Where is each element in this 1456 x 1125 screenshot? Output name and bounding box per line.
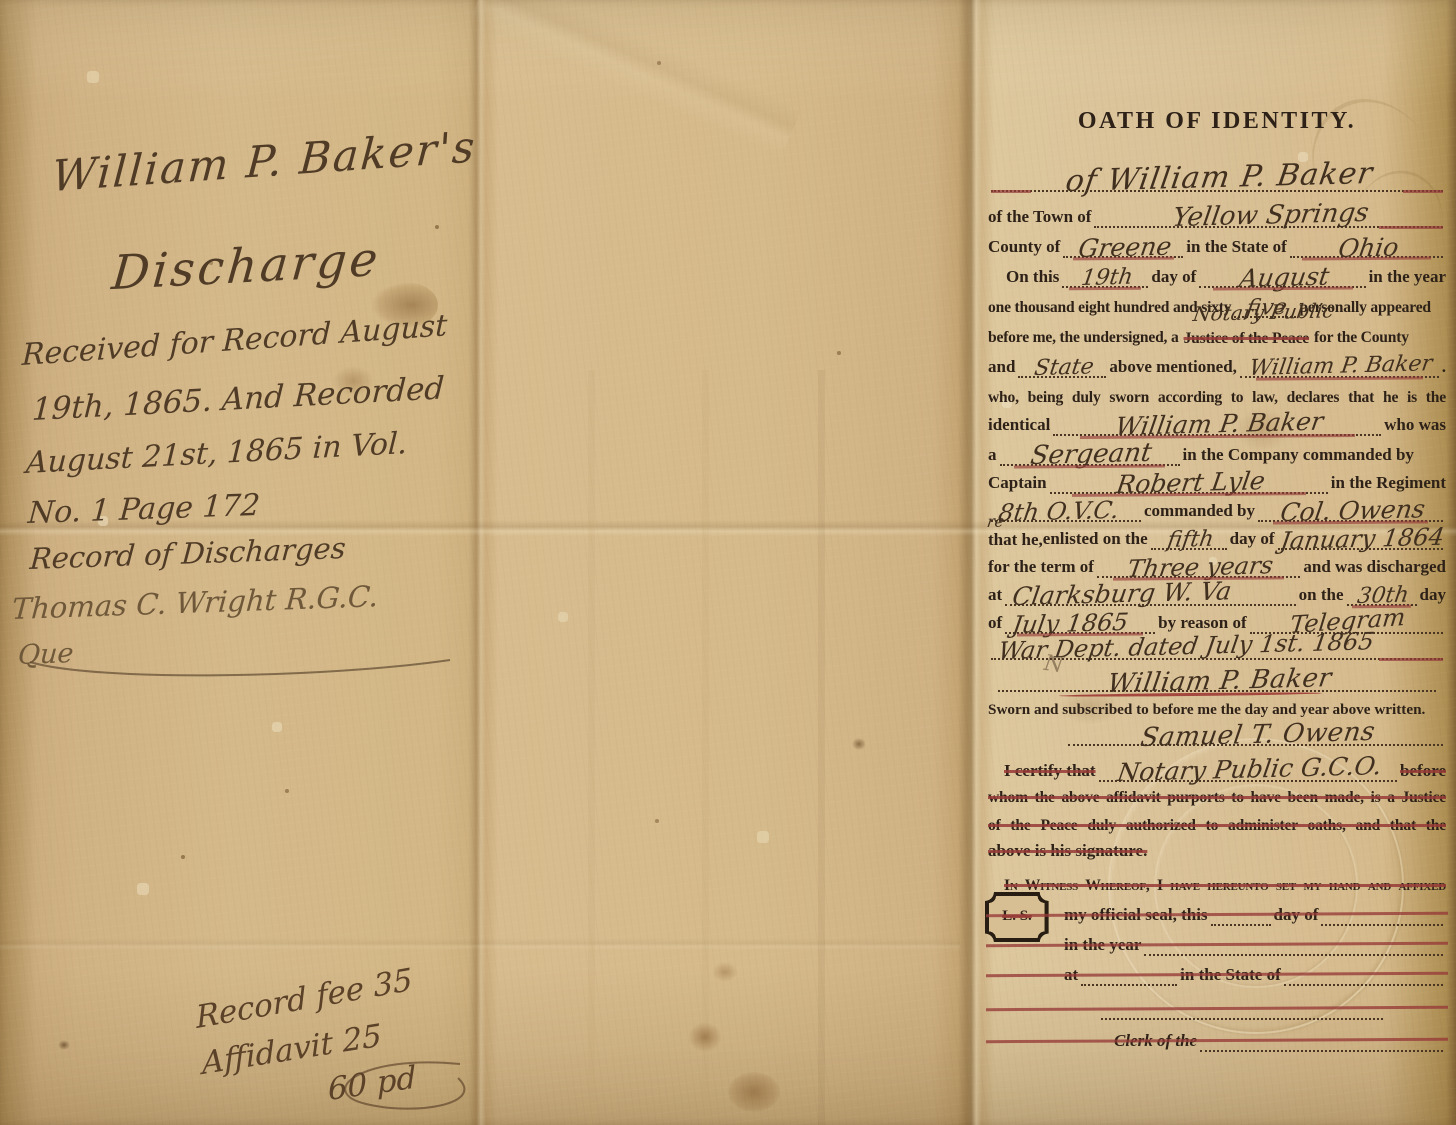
name-handwriting: of William P. Baker <box>1064 161 1375 194</box>
before-me-label: before me, the undersigned, a <box>988 330 1179 348</box>
witness-struck-text: In Witness Whereof, I have hereunto set … <box>988 878 1446 896</box>
at-blank-struck <box>1081 956 1177 986</box>
seal-month-blank <box>1321 896 1443 926</box>
paper-rib-streak <box>702 370 709 1125</box>
state-blank-struck <box>1284 956 1443 986</box>
blank-line-row <box>988 990 1446 1020</box>
official-seal-row: my official seal, this day of <box>988 896 1446 926</box>
clerk-blank <box>1200 1022 1443 1052</box>
county-state-row: County of Greene in the State of Ohio <box>988 228 1446 258</box>
state-handwriting: Ohio <box>1337 236 1400 259</box>
regiment-blank: 8th O.V.C. <box>991 492 1141 522</box>
day-handwriting: 19th <box>1080 269 1134 289</box>
affidavit-struck-row: whom the above affidavit purports to hav… <box>988 778 1446 808</box>
seal-struck-text: my official seal, this <box>1064 906 1208 926</box>
state-mentioned-row: and State above mentioned, William P. Ba… <box>988 348 1446 378</box>
fee-flourish <box>300 1058 490 1118</box>
sworn-clause-row: who, being duly sworn according to law, … <box>988 378 1446 408</box>
seal-day-blank <box>1211 896 1271 926</box>
date-row: On this 19th day of August in the year <box>988 258 1446 288</box>
paper-specks-dark <box>0 0 2 2</box>
enlisted-row: that he, re enlisted on the fifth day of… <box>988 520 1446 550</box>
name2-handwriting: William P. Baker <box>1248 356 1433 379</box>
name2-period: . <box>1442 358 1446 378</box>
term-blank: Three years <box>1097 548 1300 578</box>
notary-title-blank: Notary Public G.C.O. <box>1099 748 1397 782</box>
at-struck-text: at <box>1064 966 1078 986</box>
name3-blank: William P. Baker <box>1053 406 1381 436</box>
blank-dotted-line <box>1101 990 1383 1020</box>
county-label: County of <box>988 238 1060 258</box>
month-blank: August <box>1199 258 1365 288</box>
notary-public-insert: Notary Public <box>1192 302 1335 323</box>
state-of-struck-text: in the State of <box>1180 966 1281 986</box>
signature-struck-row: above is his signature. <box>988 832 1446 862</box>
day-of-label: day of <box>1151 268 1196 288</box>
town-row: of the Town of Yellow Springs <box>988 198 1446 228</box>
who-was-label: who was <box>1384 416 1446 436</box>
paper-rib-streak <box>588 370 595 1125</box>
state2-blank: State <box>1018 348 1106 378</box>
and-label: and <box>988 358 1015 378</box>
enlist-date-blank: January 1864 <box>1278 520 1444 550</box>
name-line-row: of William P. Baker <box>988 148 1446 192</box>
in-year-struck-text: in the year <box>1064 936 1141 956</box>
clerk-row: Clerk of the <box>988 1022 1446 1052</box>
notary-signature: Samuel T. Owens <box>1139 721 1377 749</box>
in-year-row: in the year <box>988 926 1446 956</box>
day-blank: 19th <box>1062 258 1148 288</box>
in-the-year-label: in the year <box>1369 268 1446 288</box>
town-handwriting: Yellow Springs <box>1171 202 1370 229</box>
on-this-label: On this <box>988 268 1059 288</box>
county-handwriting: Greene <box>1077 235 1173 259</box>
re-insert: re <box>986 515 1005 529</box>
discharge-day-blank: 30th <box>1347 576 1417 606</box>
pencil-mark: N <box>1042 651 1065 678</box>
notary-signature-blank: Samuel T. Owens <box>1068 712 1443 746</box>
rank-blank: Sergeant <box>1000 436 1180 466</box>
rank-row: a Sergeant in the Company commanded by <box>988 436 1446 466</box>
form-title: OATH OF IDENTITY. <box>988 109 1446 136</box>
clerk-struck-text: Clerk of the <box>1114 1032 1197 1052</box>
before-me-row: before me, the undersigned, a Justice of… <box>988 318 1446 348</box>
state-blank: Ohio <box>1290 228 1443 258</box>
place-blank: Clarksburg W. Va <box>1005 576 1295 606</box>
signature-struck-text: above is his signature. <box>988 842 1147 862</box>
justice-of-peace-struck: Justice of the Peace <box>1184 330 1309 349</box>
name3-handwriting: William P. Baker <box>1114 410 1325 437</box>
town-label: of the Town of <box>988 208 1091 228</box>
captain-row: Captain Robert Lyle in the Regiment <box>988 464 1446 494</box>
identical-label: identical <box>988 416 1050 436</box>
captain-blank: Robert Lyle <box>1050 464 1328 494</box>
flourish-line <box>26 652 456 682</box>
justice-strike-group: Justice of the Peace Notary Public <box>1184 330 1309 348</box>
identical-row: identical William P. Baker who was <box>988 406 1446 436</box>
day-of3-struck-text: day of <box>1274 906 1319 926</box>
for-county-label: for the County <box>1314 330 1409 348</box>
state2-handwriting: State <box>1033 359 1095 379</box>
year-blank-struck <box>1144 926 1443 956</box>
place-handwriting: Clarksburg W. Va <box>1011 580 1233 607</box>
regiment-row: 8th O.V.C. commanded by Col. Owens <box>988 492 1446 522</box>
county-blank: Greene <box>1063 228 1183 258</box>
name-blank: of William P. Baker <box>991 148 1443 192</box>
paper-rib-streak <box>818 370 825 1125</box>
witness-struck-row: In Witness Whereof, I have hereunto set … <box>988 866 1446 896</box>
term-row: for the term of Three years and was disc… <box>988 548 1446 578</box>
name2-blank: William P. Baker <box>1240 348 1439 378</box>
town-blank: Yellow Springs <box>1094 198 1443 228</box>
at-state-row: at in the State of <box>988 956 1446 986</box>
form-title-row: OATH OF IDENTITY. <box>988 106 1446 136</box>
commander-blank: Col. Owens <box>1258 492 1443 522</box>
enlist-day-blank: fifth <box>1151 520 1227 550</box>
certify-row: I certify that Notary Public G.C.O. befo… <box>988 748 1446 782</box>
place-row: at Clarksburg W. Va on the 30th day <box>988 576 1446 606</box>
state-label: in the State of <box>1186 238 1287 258</box>
month-handwriting: August <box>1238 265 1331 289</box>
oath-of-identity-form: OATH OF IDENTITY. of William P. Baker of… <box>988 104 1446 1094</box>
above-mentioned-label: above mentioned, <box>1109 358 1237 378</box>
notary-signature-row: Samuel T. Owens <box>988 712 1446 746</box>
